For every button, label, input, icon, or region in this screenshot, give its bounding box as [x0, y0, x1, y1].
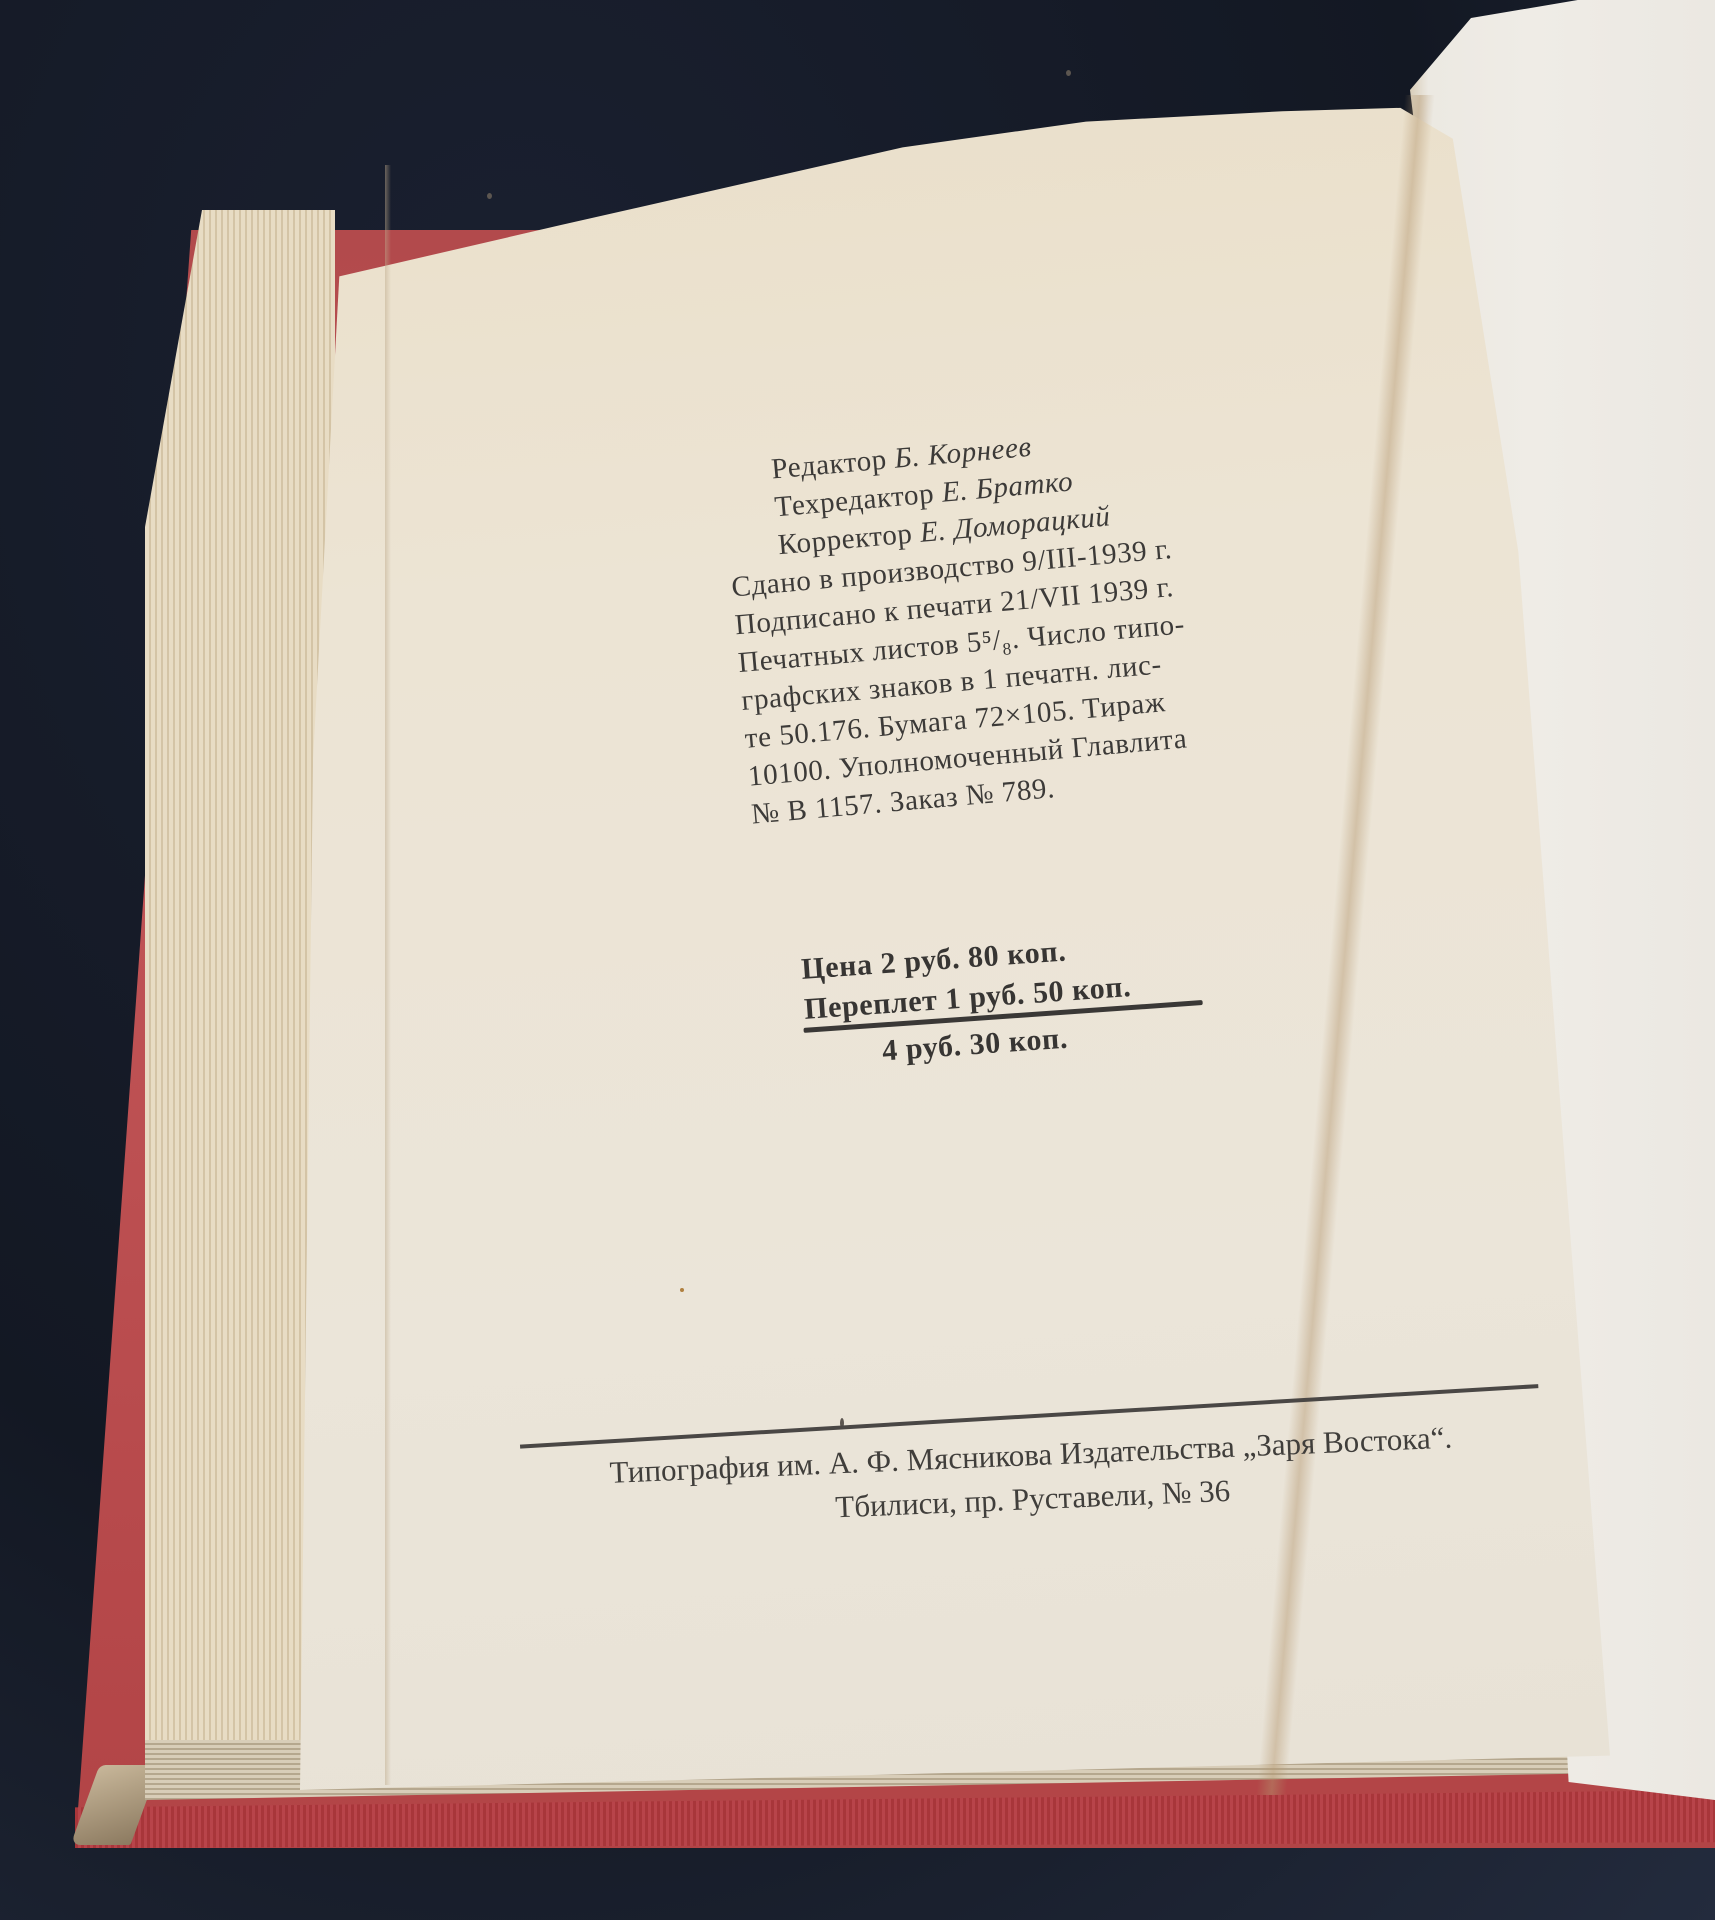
paper-speck — [1066, 70, 1071, 76]
paper-speck — [487, 193, 492, 199]
paper-speck — [680, 1288, 684, 1292]
page-edge-shadow — [385, 165, 391, 1785]
imprint-block: Редактор Б. Корнеев Техредактор Е. Братк… — [720, 406, 1311, 833]
photo-scene: Редактор Б. Корнеев Техредактор Е. Братк… — [0, 0, 1715, 1920]
